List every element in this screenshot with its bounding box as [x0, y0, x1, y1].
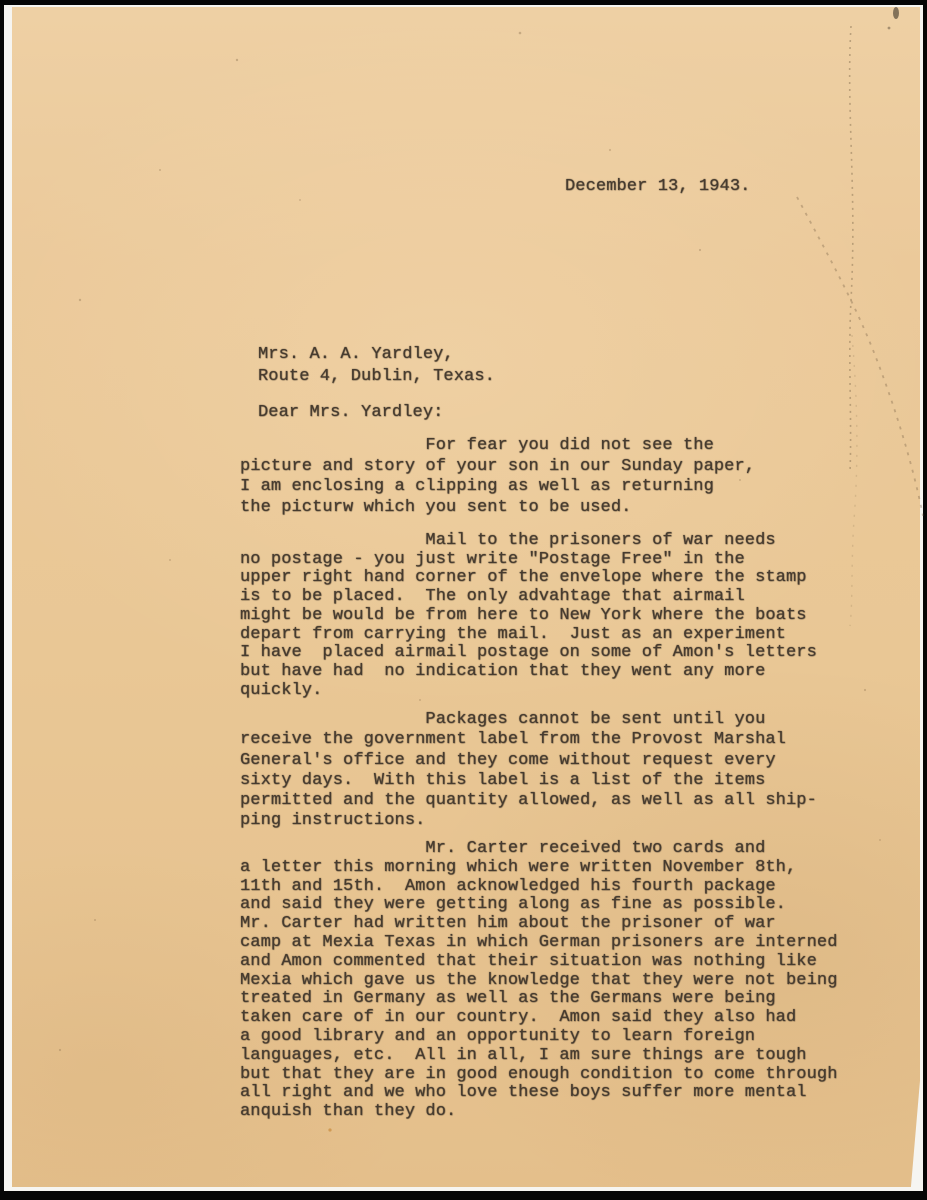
salutation: Dear Mrs. Yardley:	[258, 403, 443, 423]
letter-date: December 13, 1943.	[565, 177, 750, 197]
letter-paragraph-3: Packages cannot be sent until you receiv…	[240, 710, 817, 832]
scanned-letter: December 13, 1943. Mrs. A. A. Yardley, R…	[0, 0, 927, 1200]
recipient-block: Mrs. A. A. Yardley, Route 4, Dublin, Tex…	[258, 344, 495, 388]
recipient-address: Route 4, Dublin, Texas.	[258, 367, 495, 386]
letter-paragraph-1: For fear you did not see the picture and…	[240, 436, 755, 518]
letter-paragraph-2: Mail to the prisoners of war needs no po…	[240, 532, 817, 700]
letter-paragraph-4: Mr. Carter received two cards and a lett…	[240, 840, 838, 1122]
letter-page: December 13, 1943. Mrs. A. A. Yardley, R…	[12, 7, 920, 1187]
recipient-name: Mrs. A. A. Yardley,	[258, 345, 454, 364]
